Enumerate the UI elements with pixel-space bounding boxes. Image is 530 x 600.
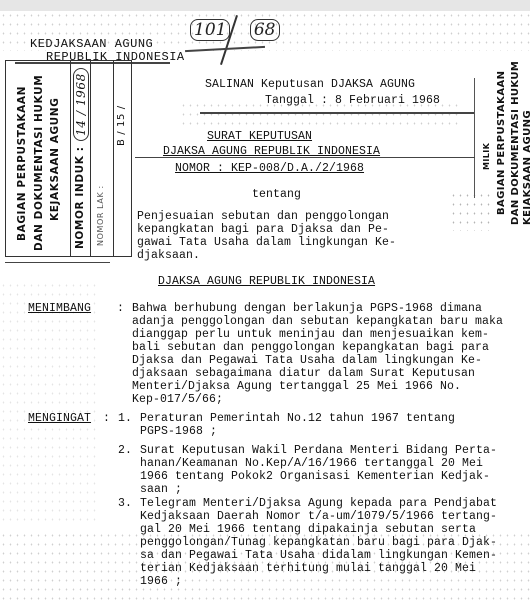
library-stamp-left: BAGIAN PERPUSTAKAAN DAN DOKUMENTASI HUKU…	[5, 60, 132, 257]
mengingat-label: MENGINGAT	[28, 412, 91, 425]
stamp-col3-extra: NOMOR LAK :	[96, 185, 105, 246]
item-line: Telegram Menteri/Djaksa Agung kepada par…	[140, 497, 497, 510]
scan-noise	[0, 281, 100, 521]
subject-block: Penjesuaian sebutan dan penggolongan kep…	[137, 210, 396, 262]
stamp-line1: BAGIAN PERPUSTAKAAN	[16, 86, 28, 241]
menimbang-line: adanja penggolongan dan sebutan kepangka…	[132, 315, 503, 328]
item-line: Surat Keputusan Wakil Perdana Menteri Bi…	[140, 444, 497, 457]
copy-line: SALINAN Keputusan DJAKSA AGUNG	[205, 78, 415, 91]
item-line: sa dan Pegawai Tata Usaha didalam lingku…	[140, 549, 497, 562]
stamp-right-line2: DAN DOKUMENTASI HUKUM	[510, 61, 521, 225]
menimbang-line: Kep-017/5/66;	[132, 393, 503, 406]
issuer: DJAKSA AGUNG REPUBLIK INDONESIA	[158, 275, 375, 288]
menimbang-colon: :	[117, 302, 124, 315]
item-line: PGPS-1968 ;	[140, 425, 455, 438]
title-line3: NOMOR : KEP-008/D.A./2/1968	[175, 162, 364, 175]
item-number: 1.	[118, 412, 132, 425]
item-number: 2.	[118, 444, 132, 457]
item-line: Kedjaksaan Daerah Nomor t/a-um/1079/5/19…	[140, 510, 497, 523]
item-line: terian Kedjaksaan terhitung mulai tangga…	[140, 562, 497, 575]
subject-line: djaksaan.	[137, 249, 396, 262]
menimbang-line: Menteri/Djaksa Agung tertanggal 25 Mei 1…	[132, 380, 503, 393]
item-line: 1966 ;	[140, 575, 497, 588]
subject-line: kepangkatan bagi para Djaksa dan Pe-	[137, 223, 396, 236]
item-line: saan ;	[140, 483, 497, 496]
mengingat-colon: :	[103, 412, 110, 425]
subject-line: Penjesuaian sebutan dan penggolongan	[137, 210, 396, 223]
item-line: hanan/Keamanan No.Kep/A/16/1966 tertangg…	[140, 457, 497, 470]
scan-top-margin	[0, 0, 530, 11]
menimbang-line: Djaksa dan Pegawai Tata Usaha dalam ling…	[132, 354, 503, 367]
stamp-right-line1: BAGIAN PERPUSTAKAAN	[496, 71, 507, 215]
menimbang-line: Bahwa berhubung dengan berlakunja PGPS-1…	[132, 302, 503, 315]
divider	[135, 157, 475, 158]
stamp-milik: MILIK	[482, 143, 491, 170]
stamp-line2: DAN DOKUMENTASI HUKUM	[33, 75, 45, 251]
subject-line: gawai Tata Usaha dalam lingkungan Ke-	[137, 236, 396, 249]
date-line: Tanggal : 8 Februari 1968	[265, 94, 440, 107]
handwritten-ref-a: 101	[190, 19, 230, 41]
menimbang-text: Bahwa berhubung dengan berlakunja PGPS-1…	[132, 302, 503, 406]
item-line: Peraturan Pemerintah No.12 tahun 1967 te…	[140, 412, 455, 425]
menimbang-label: MENIMBANG	[28, 302, 91, 315]
scan-noise	[450, 191, 490, 231]
divider	[474, 78, 475, 198]
stamp-nomor-label: NOMOR INDUK :	[74, 146, 86, 249]
stamp-col3-text: B / 15 /	[116, 105, 127, 146]
title-line1: SURAT KEPUTUSAN	[207, 130, 312, 143]
item-line: penggolongan/Tunag kepangkatan baru bagi…	[140, 536, 497, 549]
divider	[200, 112, 475, 114]
item-number: 3.	[118, 497, 132, 510]
stamp-line3: KEJAKSAAN AGUNG	[49, 98, 61, 221]
handwritten-ref-b: 68	[250, 19, 280, 41]
stamp-right-line3: KEJAKSAAN AGUNG	[522, 110, 530, 225]
stamp-nomor-value: 14 / 1968	[73, 68, 89, 141]
title-tentang: tentang	[252, 188, 301, 201]
divider	[5, 262, 110, 263]
menimbang-line: bali sebutan dan penggolongan kepangkata…	[132, 341, 503, 354]
menimbang-line: dianggap perlu untuk meninjau dan menjes…	[132, 328, 503, 341]
menimbang-line: djaksaan sebagaimana diatur dalam Surat …	[132, 367, 503, 380]
item-line: gal 20 Mei 1966 tentang dipakainja sebut…	[140, 523, 497, 536]
item-line: 1966 tentang Pokok2 Organisasi Kementeri…	[140, 470, 497, 483]
